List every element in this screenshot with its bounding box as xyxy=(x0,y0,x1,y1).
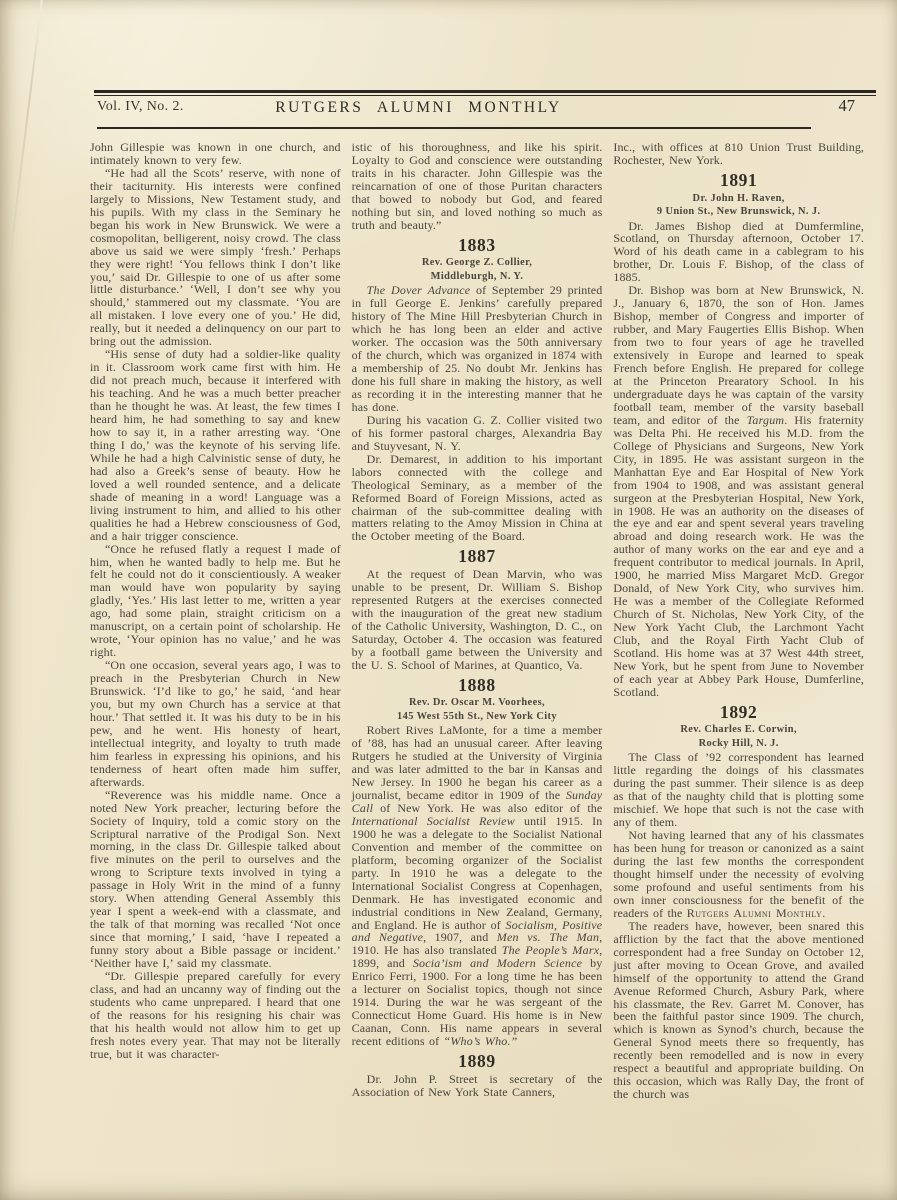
page-number: 47 xyxy=(839,96,856,116)
paragraph: Dr. Demarest, in addition to his importa… xyxy=(352,453,603,544)
paper-crease xyxy=(8,0,47,269)
paragraph: Robert Rives LaMonte, for a time a membe… xyxy=(352,724,603,1048)
publication-title: RUTGERS ALUMNI MONTHLY xyxy=(0,99,837,117)
paragraph: “Reverence was his middle name. Once a n… xyxy=(90,789,341,970)
subheading-line: Rev. Charles E. Corwin, xyxy=(613,723,864,737)
subheading-line: 9 Union St., New Brunswick, N. J. xyxy=(613,205,864,219)
text-columns: John Gillespie was known in one church, … xyxy=(90,141,864,1101)
paragraph: During his vacation G. Z. Collier visite… xyxy=(352,414,603,453)
subheading-line: Rev. Dr. Oscar M. Voorhees, xyxy=(352,696,603,710)
paragraph: The Class of ’92 correspondent has learn… xyxy=(613,751,864,829)
header-single-rule xyxy=(97,127,811,129)
paragraph: Not having learned that any of his class… xyxy=(613,829,864,920)
paragraph: “Dr. Gillespie prepared carefully for ev… xyxy=(90,970,341,1061)
paragraph: John Gillespie was known in one church, … xyxy=(90,141,341,167)
paragraph: “On one occasion, several years ago, I w… xyxy=(90,659,341,789)
correspondent-subheading: Dr. John H. Raven,9 Union St., New Bruns… xyxy=(613,192,864,219)
class-year-heading: 1888 xyxy=(352,676,603,696)
paragraph: Dr. James Bishop died at Dumfermline, Sc… xyxy=(613,220,864,285)
paragraph: The readers have, however, been snared t… xyxy=(613,920,864,1101)
paragraph: Inc., with offices at 810 Union Trust Bu… xyxy=(613,141,864,167)
subheading-line: Middleburgh, N. Y. xyxy=(352,270,603,284)
paragraph: “Once he refused flatly a request I made… xyxy=(90,543,341,660)
class-year-heading: 1891 xyxy=(613,171,864,191)
class-year-heading: 1887 xyxy=(352,547,603,567)
paragraph: Dr. Bishop was born at New Brunswick, N.… xyxy=(613,284,864,699)
column-1: John Gillespie was known in one church, … xyxy=(90,141,341,1101)
column-3: Inc., with offices at 810 Union Trust Bu… xyxy=(613,141,864,1101)
paragraph: “His sense of duty had a soldier-like qu… xyxy=(90,348,341,542)
subheading-line: Dr. John H. Raven, xyxy=(613,192,864,206)
paragraph: Dr. John P. Street is secretary of the A… xyxy=(352,1073,603,1099)
paragraph: At the request of Dean Marvin, who was u… xyxy=(352,568,603,672)
paragraph: istic of his thoroughness, and like his … xyxy=(352,141,603,232)
column-2: istic of his thoroughness, and like his … xyxy=(352,141,603,1101)
correspondent-subheading: Rev. George Z. Collier,Middleburgh, N. Y… xyxy=(352,256,603,283)
paragraph: The Dover Advance of September 29 printe… xyxy=(352,284,603,414)
class-year-heading: 1892 xyxy=(613,703,864,723)
magazine-page: Vol. IV, No. 2. RUTGERS ALUMNI MONTHLY 4… xyxy=(0,0,897,1200)
subheading-line: 145 West 55th St., New York City xyxy=(352,710,603,724)
subheading-line: Rev. George Z. Collier, xyxy=(352,256,603,270)
paragraph: “He had all the Scots’ reserve, with non… xyxy=(90,167,341,348)
header-double-rule xyxy=(94,90,876,96)
correspondent-subheading: Rev. Charles E. Corwin,Rocky Hill, N. J. xyxy=(613,723,864,750)
page-header: Vol. IV, No. 2. RUTGERS ALUMNI MONTHLY 4… xyxy=(0,99,897,121)
subheading-line: Rocky Hill, N. J. xyxy=(613,737,864,751)
class-year-heading: 1883 xyxy=(352,236,603,256)
class-year-heading: 1889 xyxy=(352,1052,603,1072)
correspondent-subheading: Rev. Dr. Oscar M. Voorhees,145 West 55th… xyxy=(352,696,603,723)
